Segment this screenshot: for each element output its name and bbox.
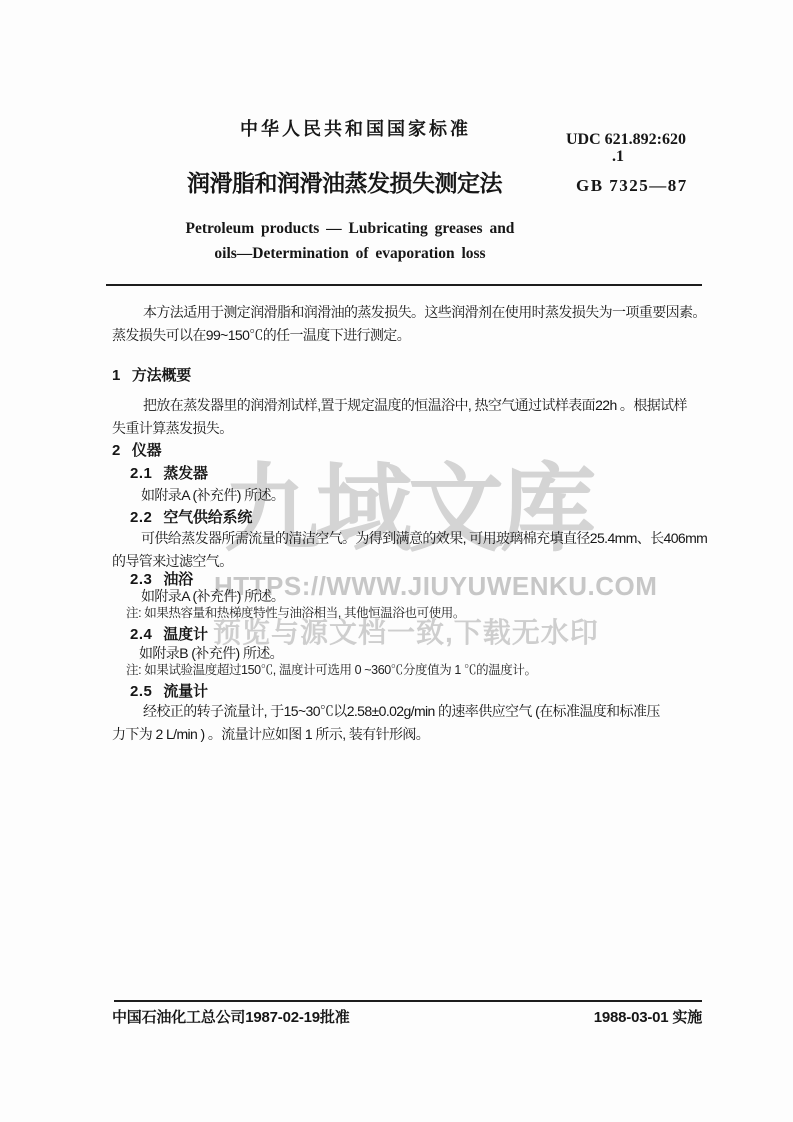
document-title-cn: 润滑脂和润滑油蒸发损失测定法 (187, 170, 502, 197)
section-title: 温度计 (163, 626, 207, 643)
udc-number-line2: .1 (612, 149, 686, 166)
section-2-1-line: 如附录A (补充件) 所述。 (141, 487, 284, 504)
intro-line: 蒸发损失可以在99~150℃的任一温度下进行测定。 (112, 327, 410, 344)
section-heading-1: 1方法概要 (112, 367, 191, 385)
intro-line: 本方法适用于测定润滑脂和润滑油的蒸发损失。这些润滑剂在使用时蒸发损失为一项重要因… (143, 304, 706, 321)
section-number: 2.2 (130, 509, 152, 526)
section-title: 方法概要 (132, 367, 191, 384)
implementation-text: 1988-03-01 实施 (594, 1006, 702, 1027)
header-rule (106, 284, 702, 286)
section-2-2-line: 可供给蒸发器所需流量的清洁空气。为得到满意的效果, 可用玻璃棉充填直径25.4m… (141, 530, 707, 547)
section-2-3-line: 如附录A (补充件) 所述。 (141, 588, 284, 605)
section-2-5-line: 力下为 2 L/min ) 。流量计应如图 1 所示, 装有针形阀。 (112, 726, 429, 743)
document-title-en-line1: Petroleum products — Lubricating greases… (112, 216, 588, 241)
section-title: 空气供给系统 (163, 509, 252, 526)
footer-rule (114, 1000, 702, 1002)
section-title: 仪器 (132, 442, 162, 459)
section-title: 蒸发器 (163, 465, 207, 482)
section-heading-2-5: 2.5流量计 (130, 683, 208, 701)
section-heading-2-2: 2.2空气供给系统 (130, 509, 252, 527)
national-standard-label: 中华人民共和国国家标准 (240, 119, 471, 140)
approval-text: 中国石油化工总公司1987-02-19批准 (112, 1006, 350, 1027)
document-title-en-line2: oils—Determination of evaporation loss (112, 241, 588, 266)
section-1-line: 把放在蒸发器里的润滑剂试样,置于规定温度的恒温浴中, 热空气通过试样表面22h … (143, 397, 687, 414)
section-2-4-line: 如附录B (补充件) 所述。 (139, 645, 283, 662)
section-2-3-note: 注: 如果热容量和热梯度特性与油浴相当, 其他恒温浴也可使用。 (126, 606, 465, 621)
section-title: 流量计 (163, 683, 207, 700)
udc-number: UDC 621.892:620 .1 (566, 132, 686, 166)
udc-number-line1: UDC 621.892:620 (566, 132, 686, 149)
section-heading-2: 2仪器 (112, 442, 161, 460)
section-number: 2.5 (130, 683, 152, 700)
section-2-4-note: 注: 如果试验温度超过150℃, 温度计可选用 0 ~360℃分度值为 1 ℃的… (126, 663, 537, 678)
section-heading-2-4: 2.4温度计 (130, 626, 208, 644)
scanned-standard-page: 九域文库 HTTPS://WWW.JIUYUWENKU.COM 预览与源文档一致… (0, 0, 793, 1122)
footer: 中国石油化工总公司1987-02-19批准 1988-03-01 实施 (112, 1006, 702, 1027)
section-heading-2-3: 2.3油浴 (130, 571, 193, 589)
section-title: 油浴 (163, 571, 193, 588)
section-number: 2.4 (130, 626, 152, 643)
document-title-en: Petroleum products — Lubricating greases… (112, 216, 588, 266)
section-number: 2.3 (130, 571, 152, 588)
section-number: 2.1 (130, 465, 152, 482)
section-number: 1 (112, 367, 121, 384)
section-2-2-line: 的导管来过滤空气。 (112, 553, 233, 570)
section-number: 2 (112, 442, 121, 459)
section-1-line: 失重计算蒸发损失。 (112, 420, 233, 437)
section-2-5-line: 经校正的转子流量计, 于15~30℃以2.58±0.02g/min 的速率供应空… (143, 703, 660, 720)
standard-code: GB 7325—87 (576, 176, 688, 196)
section-heading-2-1: 2.1蒸发器 (130, 465, 208, 483)
